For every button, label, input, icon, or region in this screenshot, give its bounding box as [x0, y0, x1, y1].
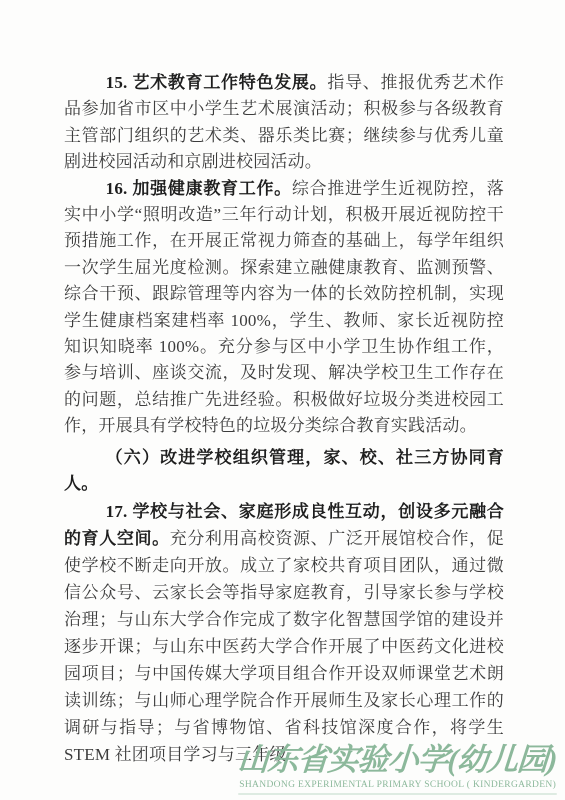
paragraph-16: 16. 加强健康教育工作。综合推进学生近视防控，落实中小学“照明改造”三年行动计… — [64, 176, 504, 440]
paragraph-15: 15. 艺术教育工作特色发展。指导、推报优秀艺术作品参加省市区中小学生艺术展演活… — [64, 70, 504, 176]
section-heading-six: （六）改进学校组织管理，家、校、社三方协同育人。 — [64, 445, 504, 498]
paragraph-16-body: 综合推进学生近视防控，落实中小学“照明改造”三年行动计划，积极开展近视防控干预措… — [64, 179, 504, 436]
section-heading-six-text: （六）改进学校组织管理，家、校、社三方协同育人。 — [64, 448, 504, 493]
paragraph-17: 17. 学校与社会、家庭形成良性互动，创设多元融合的育人空间。充分利用高校资源、… — [64, 498, 504, 768]
document-content: 15. 艺术教育工作特色发展。指导、推报优秀艺术作品参加省市区中小学生艺术展演活… — [64, 70, 504, 768]
document-page: 15. 艺术教育工作特色发展。指导、推报优秀艺术作品参加省市区中小学生艺术展演活… — [0, 0, 565, 800]
logo-underline-decoration — [238, 793, 557, 795]
paragraph-15-heading: 15. 艺术教育工作特色发展。 — [106, 73, 328, 92]
school-logo-english-name: SHANDONG EXPERIMENTAL PRIMARY SCHOOL ( K… — [238, 780, 557, 790]
paragraph-16-heading: 16. 加强健康教育工作。 — [106, 179, 292, 198]
school-logo-chinese-name: 山东省实验小学(幼儿园) — [237, 734, 559, 779]
school-logo: 山东省实验小学(幼儿园) SHANDONG EXPERIMENTAL PRIMA… — [238, 734, 557, 795]
paragraph-17-body: 充分利用高校资源、广泛开展馆校合作，促使学校不断走向开放。成立了家校共育项目团队… — [64, 529, 504, 764]
